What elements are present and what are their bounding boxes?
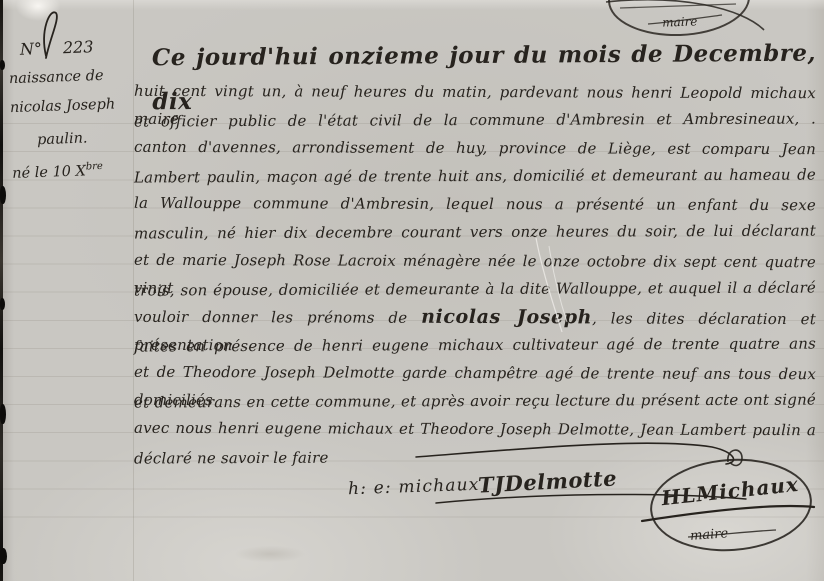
act-line: trois, son épouse, domiciliée et demeura… [134,273,816,304]
scan-edge-mark [0,298,5,310]
scan-binding-edge [0,0,3,581]
act-line: et de marie Joseph Rose Lacroix ménagère… [134,245,816,275]
act-line: faites en présence de henri eugene micha… [134,329,816,360]
previous-act-seal-title: maire [611,13,749,32]
margin-note-line: naissance de [9,67,131,87]
margin-note-birth-date: né le 10 Xbre [12,160,135,182]
act-line: canton d'avennes, arrondissement de huy,… [134,133,816,163]
mayor-title: maire [690,526,729,544]
margin-note-child-name: nicolas Joseph [10,96,132,116]
name-line-pre: vouloir donner les prénoms de [134,308,421,327]
act-line: et de Theodore Joseph Delmotte garde cha… [134,358,816,388]
act-text: Ce jourd'hui onzieme jour du mois de Dec… [134,34,816,471]
act-line-child-name: vouloir donner les prénoms de nicolas Jo… [134,302,816,332]
margin-note: N° 223 naissance de nicolas Joseph pauli… [8,36,135,182]
act-line: huit cent vingt un, à neuf heures du mat… [134,77,816,107]
mayor-signature: HLMichaux [650,471,810,511]
scanned-register-page: maire N° 223 naissance de nicolas Joseph… [0,0,824,581]
month-superscript: bre [86,161,103,173]
witness-signature-michaux: h: e: michaux [348,475,480,500]
scan-edge-mark [0,548,7,564]
act-opening-line: Ce jourd'hui onzieme jour du mois de Dec… [134,32,816,81]
act-line: la Wallouppe commune d'Ambresin, lequel … [134,189,816,219]
act-line: masculin, né hier dix decembre courant v… [134,217,816,248]
margin-birth-date-text: né le 10 X [12,163,86,182]
act-number: N° 223 [20,36,131,59]
scan-edge-mark [0,404,6,424]
scan-edge-mark [0,186,6,204]
act-line: Lambert paulin, maçon agé de trente huit… [134,161,816,192]
margin-note-surname: paulin. [37,129,133,148]
act-line: et demeurans en cette commune, et après … [134,386,816,417]
scan-edge-mark [0,60,5,70]
act-line: avec nous henri eugene michaux et Theodo… [134,414,816,444]
child-name: nicolas Joseph [421,306,592,329]
act-line: et officier public de l'état civil de la… [134,105,816,136]
